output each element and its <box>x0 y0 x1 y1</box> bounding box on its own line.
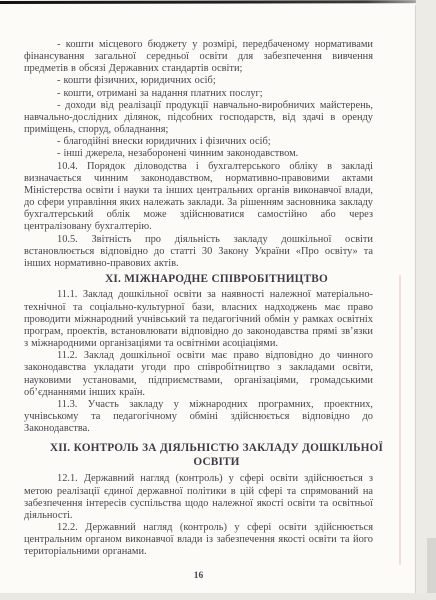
scanner-bed-right-strip <box>416 0 436 600</box>
paragraph-funds-other-sources: - інші джерела, незаборонені чинним зако… <box>24 148 373 160</box>
section-heading-xi-line: XI. МІЖНАРОДНЕ СПІВРОБІТНИЦТВО <box>42 273 391 287</box>
paper-right-edge-line <box>415 5 416 600</box>
paragraph-funds-paid-services: - кошти, отримані за надання платних пос… <box>24 88 373 100</box>
paragraph-10-4: 10.4. Порядок діловодства і бухгалтерськ… <box>24 161 373 234</box>
scanner-bed-right-strip-dark <box>427 538 436 600</box>
page-number: 16 <box>24 571 373 581</box>
paragraph-funds-production-income: - доходи від реалізації продукції навчал… <box>24 100 373 136</box>
section-heading-xii-line-2: ОСВІТИ <box>42 456 391 470</box>
paragraph-funds-charity: - благодійні внески юридичних і фізичних… <box>24 136 373 148</box>
paragraph-funds-persons: - кошти фізичних, юридичних осіб; <box>24 75 373 87</box>
scan-top-edge-artifact <box>0 0 430 4</box>
paper-bottom-edge-shadow <box>0 593 436 600</box>
paragraph-11-2: 11.2. Заклад дошкільної освіти має право… <box>24 350 373 399</box>
section-heading-xi: XI. МІЖНАРОДНЕ СПІВРОБІТНИЦТВО <box>42 273 391 287</box>
paragraph-funds-local-budget: - кошти місцевого бюджету у розмірі, пер… <box>24 39 373 75</box>
scanned-document-page: - кошти місцевого бюджету у розмірі, пер… <box>0 0 436 600</box>
section-heading-xii: XII. КОНТРОЛЬ ЗА ДІЯЛЬНІСТЮ ЗАКЛАДУ ДОШК… <box>42 442 391 469</box>
paragraph-10-5: 10.5. Звітність про діяльність закладу д… <box>24 234 373 270</box>
paragraph-11-1: 11.1. Заклад дошкільної освіти за наявно… <box>24 289 373 350</box>
document-content: - кошти місцевого бюджету у розмірі, пер… <box>24 39 373 558</box>
paragraph-11-3: 11.3. Участь закладу у міжнародних прогр… <box>24 399 373 435</box>
scan-artifact-pink-line <box>399 275 401 565</box>
section-heading-xii-line-1: XII. КОНТРОЛЬ ЗА ДІЯЛЬНІСТЮ ЗАКЛАДУ ДОШК… <box>42 442 391 456</box>
paragraph-12-2: 12.2. Державний нагляд (контроль) у сфер… <box>24 522 373 558</box>
paragraph-12-1: 12.1. Державний нагляд (контроль) у сфер… <box>24 473 373 522</box>
